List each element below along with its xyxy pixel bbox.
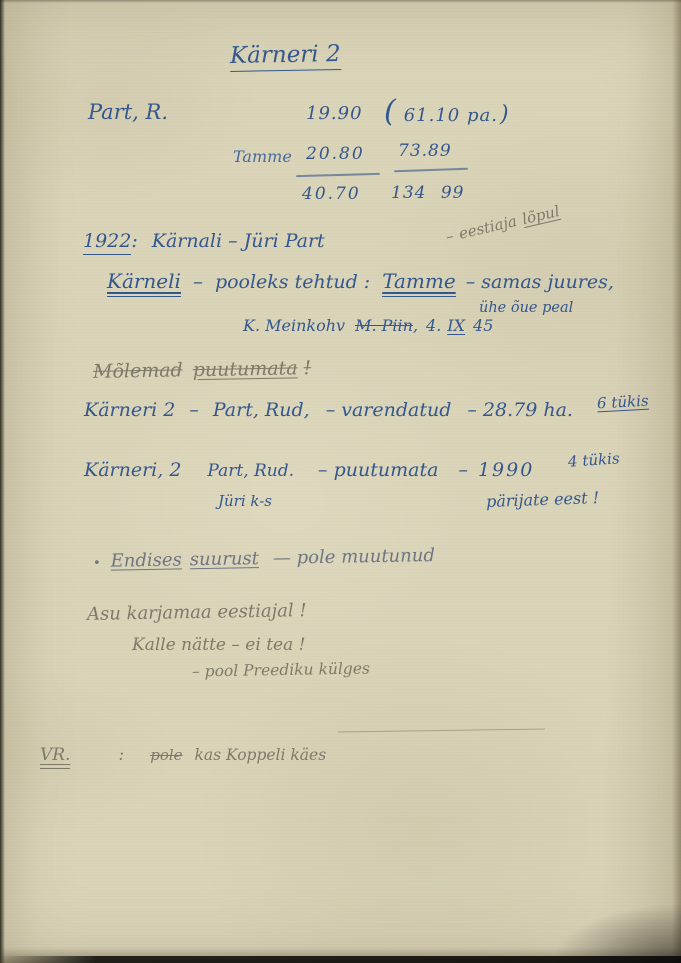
tamme-word: Tamme — [382, 269, 455, 297]
row-a-status: – varendatud — [326, 399, 452, 421]
ledger-row2-name: Tamme — [233, 147, 292, 166]
row-b-pieces: 4 tükis — [567, 449, 620, 471]
year-1922: 1922 — [83, 230, 131, 255]
vr-line: VR. : pole kas Koppeli käes — [40, 745, 326, 769]
pencil-note-word: eestiaja — [457, 212, 518, 243]
karneli-dash: – — [193, 269, 203, 293]
row-a-dash: – — [189, 399, 199, 421]
signature-line: K. Meinkohv M. Piin , 4. IX 45 — [243, 316, 493, 335]
row-a-farm: Kärneri 2 — [84, 399, 175, 421]
signature-month: IX — [447, 316, 465, 335]
pencil-paragraph-line3: – pool Preediku külges — [192, 659, 370, 680]
row-b-status: – puutumata — [318, 459, 438, 481]
page-title-text: Kärneri 2 — [230, 41, 341, 72]
page-title: Kärneri 2 — [230, 41, 341, 69]
year-colon: : — [131, 230, 137, 252]
farm-row-a: Kärneri 2 – Part, Rud, – varendatud – 28… — [84, 399, 573, 421]
ledger-owner-name: Part, R. — [88, 100, 168, 124]
scan-edge-left — [0, 0, 5, 963]
signature-struck-name: M. Piin — [355, 316, 413, 335]
ledger-value-2: 20.80 — [306, 144, 365, 164]
ledger-sum-2: 134 99 — [391, 183, 464, 203]
size-note-w2: suurust — [190, 548, 259, 570]
vr-rest: kas Koppeli käes — [195, 746, 327, 764]
size-note-rest: — pole muutunud — [273, 545, 435, 569]
signature-day: 4. — [426, 316, 441, 335]
crossed-word1: Mõlemad — [93, 359, 183, 383]
pencil-paragraph-line2: Kalle nätte – ei tea ! — [132, 635, 305, 655]
crossed-word2: puutumata — [193, 357, 298, 381]
line-1922: 1922 : Kärnali – Jüri Part — [83, 230, 325, 255]
pencil-paragraph-line1: Asu karjamaa eestiajal ! — [87, 600, 307, 625]
sum-underline-2 — [394, 168, 468, 172]
row-b-farm: Kärneri, 2 — [84, 459, 181, 481]
karneli-text2: – samas juures, — [466, 271, 614, 293]
karneli-text1: pooleks tehtud : — [215, 271, 370, 293]
sum-underline-1 — [296, 173, 380, 177]
ledger-sum-1: 40.70 — [302, 184, 361, 204]
size-note-w1: Endises — [111, 549, 182, 571]
row-a-owner: Part, Rud, — [213, 399, 310, 421]
faint-pencil-rule — [338, 729, 545, 733]
size-note: • Endises suurust — pole muutunud — [93, 545, 435, 572]
paren-close: ) — [500, 102, 509, 127]
crossed-pencil-note: Mõlemad puutumata ! — [93, 357, 312, 383]
row-a-area: – 28.79 ha. — [467, 399, 573, 421]
row-b-owner: Part, Rud. — [207, 461, 294, 481]
scan-edge-right — [672, 0, 681, 963]
vr-struck-word: pole — [150, 746, 182, 764]
ledger-value-1: 19.90 — [306, 103, 363, 124]
vr-colon: : — [118, 745, 124, 765]
ledger-value-1b: 61.10 pa. — [404, 105, 498, 126]
row-b-owner2: Jüri k-s — [218, 492, 272, 510]
crossed-bang: ! — [303, 357, 311, 379]
pencil-note-eestiaja: – eestiaja lõpul — [444, 202, 561, 246]
scanned-document-page: Kärneri 2 Part, R. 19.90 ( 61.10 pa. ) T… — [0, 0, 681, 963]
line-1922-text: Kärnali – Jüri Part — [152, 230, 325, 252]
scan-edge-top — [0, 0, 681, 3]
pencil-note-dash: – — [444, 227, 455, 246]
farm-row-b: Kärneri, 2 Part, Rud. – puutumata – 1990 — [84, 459, 534, 481]
pencil-note-underlined: lõpul — [520, 202, 561, 228]
signature-year: 45 — [473, 316, 493, 335]
karneli-word: Kärneli — [107, 269, 181, 297]
bullet-dot: • — [93, 556, 101, 571]
row-a-pieces: 6 tükis — [597, 392, 649, 413]
line-karneli: Kärneli – pooleks tehtud : Tamme – samas… — [107, 269, 614, 297]
vr-label: VR. — [40, 745, 70, 769]
karneli-text3: ühe õue peal — [479, 300, 573, 316]
row-b-value: – 1990 — [458, 459, 534, 481]
ledger-paren-value: ( 61.10 pa. ) — [384, 94, 509, 129]
ledger-value-2b: 73.89 — [398, 141, 452, 161]
scan-corner-bottom-right — [551, 903, 681, 963]
paren-open: ( — [384, 94, 396, 129]
signature-comma: , — [413, 316, 418, 335]
row-a-pieces-text: 6 tükis — [597, 392, 649, 413]
signature-name: K. Meinkohv — [243, 316, 345, 335]
row-b-note: pärijate eest ! — [486, 488, 600, 511]
